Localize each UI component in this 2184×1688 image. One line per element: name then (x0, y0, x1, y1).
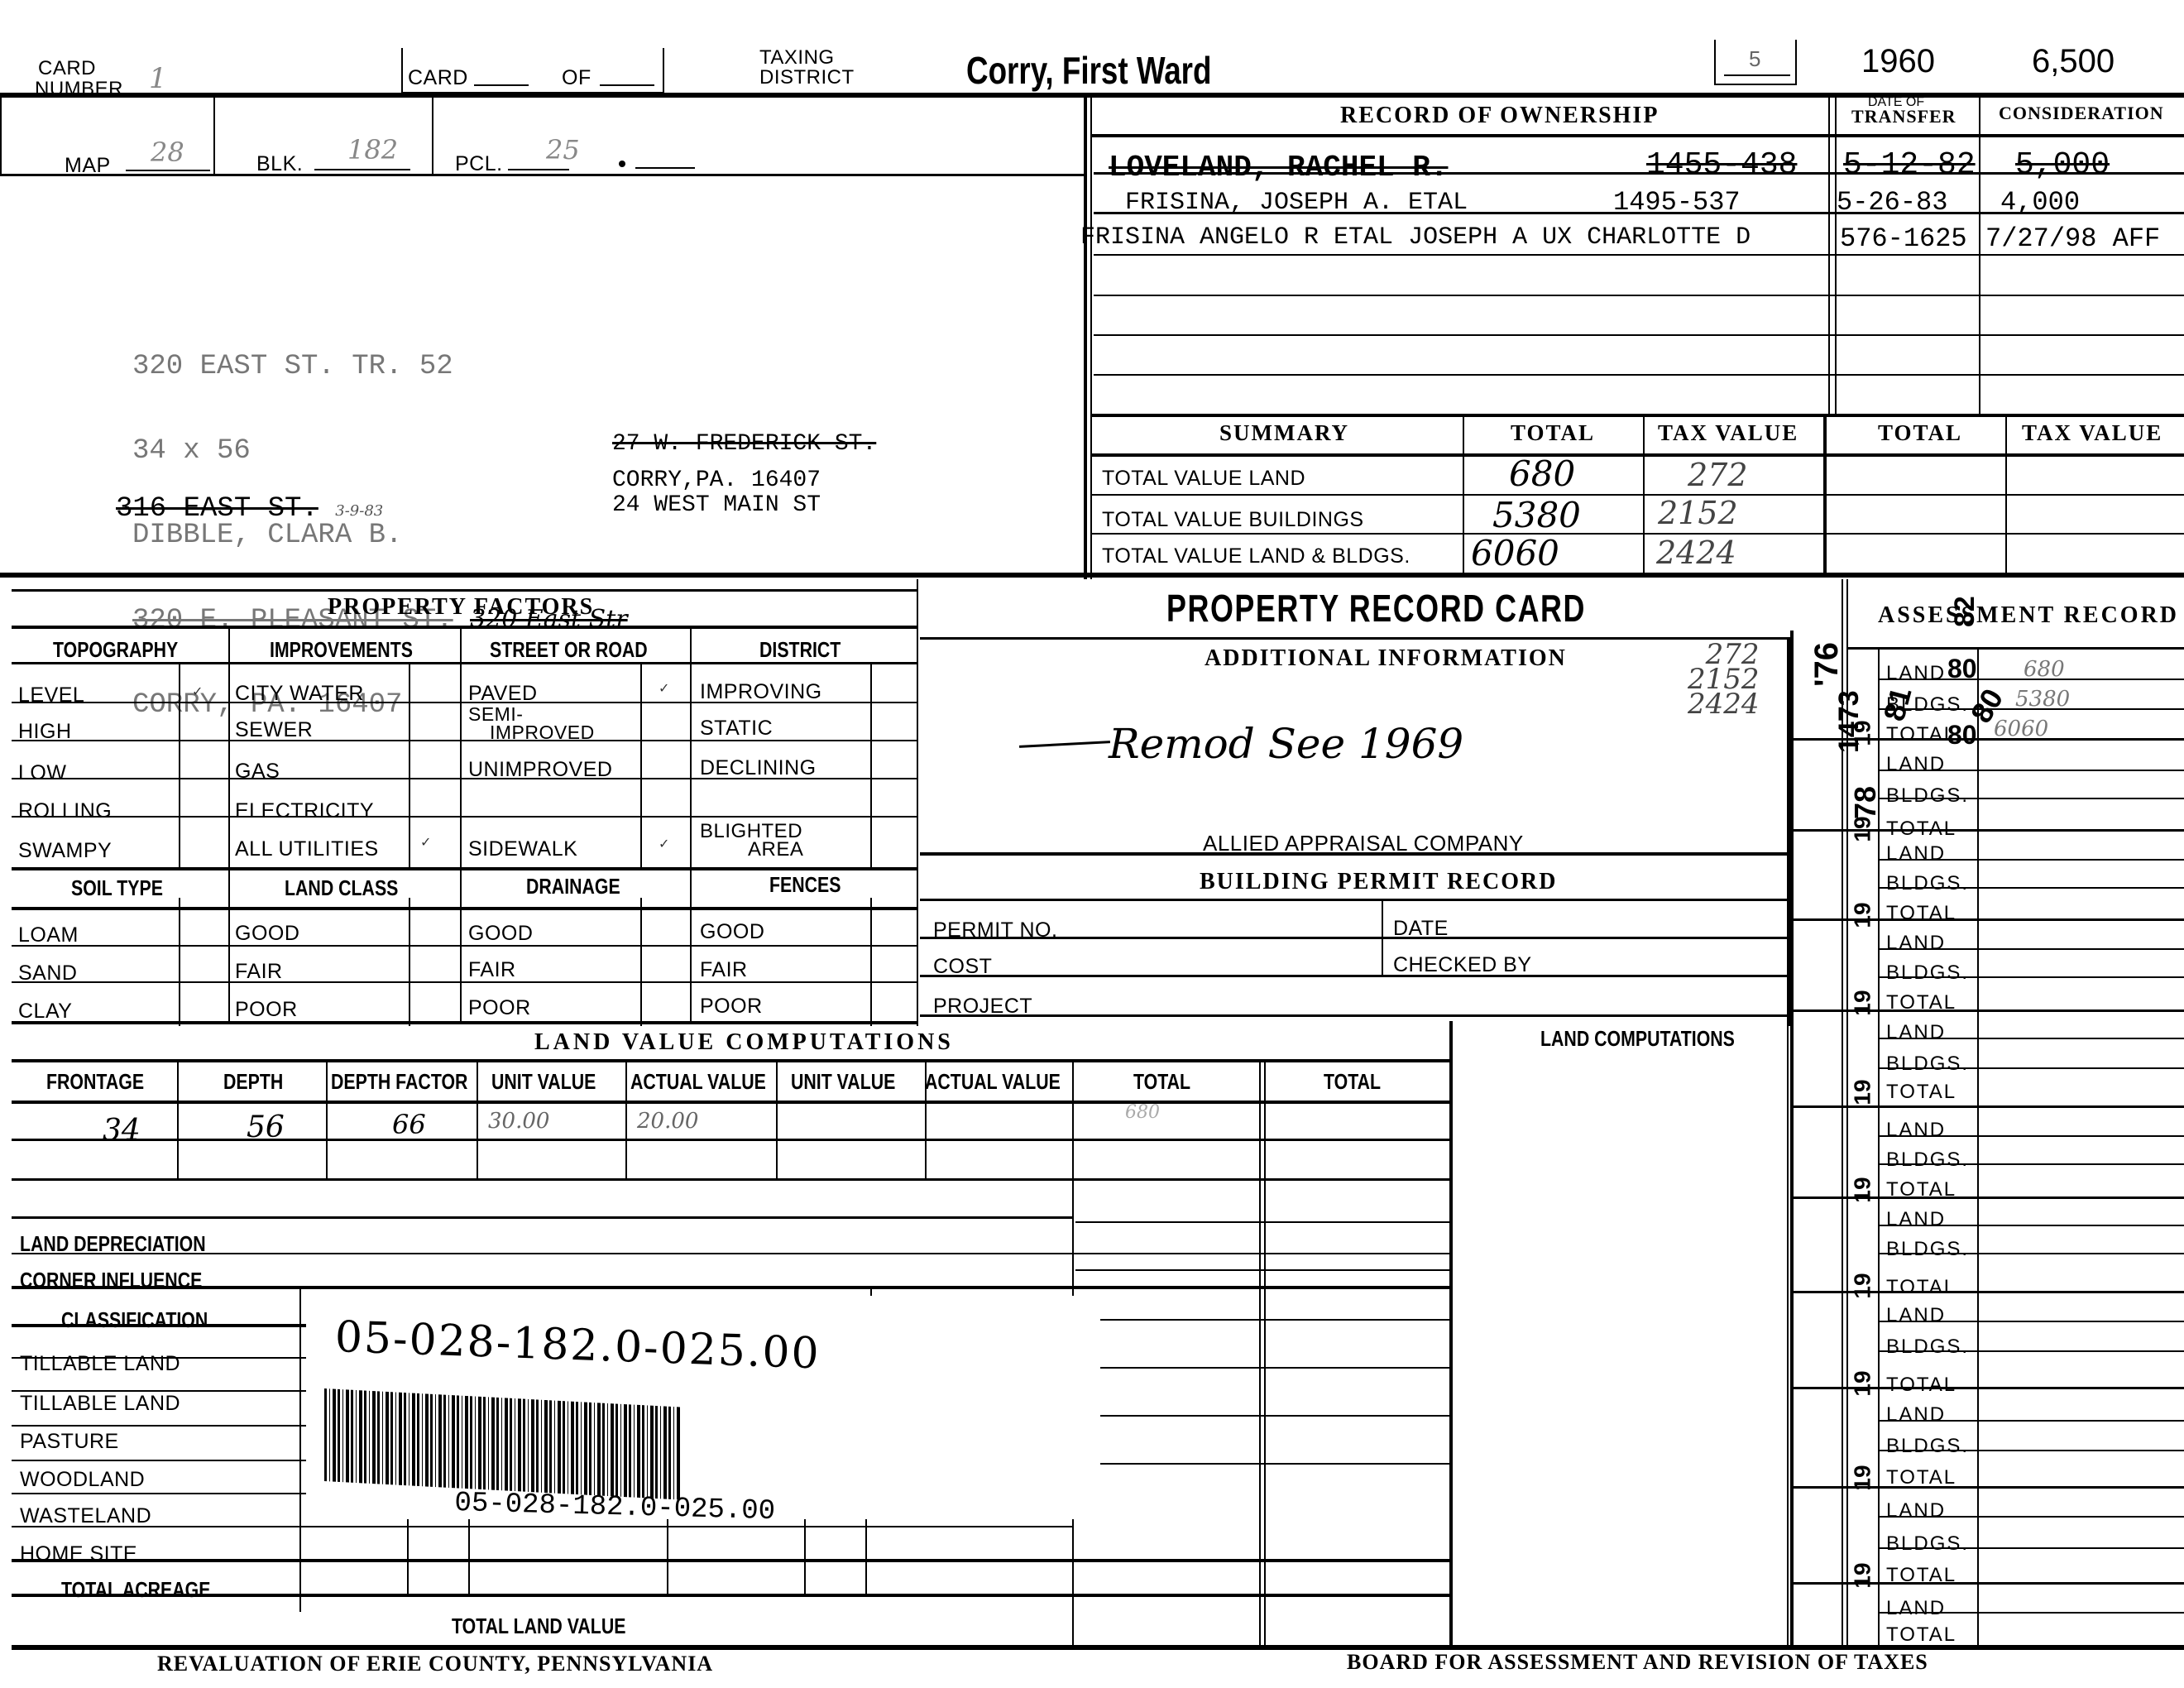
assess-bldgs-label: BLDGS. (1886, 693, 1969, 717)
topography-header: TOPOGRAPHY (53, 637, 178, 663)
assess-bldgs-label: BLDGS. (1886, 872, 1969, 895)
actual-value: 20.00 (637, 1109, 698, 1134)
summary-tax-value-header: TAX VALUE (1658, 420, 1798, 446)
mailing-city: CORRY,PA. 16407 (612, 468, 876, 493)
factor-semi-improved: SEMI-IMPROVED (468, 705, 595, 741)
address-line-2: 34 x 56 (132, 437, 628, 465)
address-line-1: 320 EAST ST. TR. 52 (132, 352, 628, 381)
summary-bldgs-total: 5380 (1492, 495, 1581, 535)
assess-bldgs-label: BLDGS. (1886, 1053, 1969, 1076)
ownership-title: RECORD OF OWNERSHIP (1340, 103, 1659, 129)
footer-right: BOARD FOR ASSESSMENT AND REVISION OF TAX… (1347, 1650, 1928, 1675)
summary-row-total-label: TOTAL VALUE LAND & BLDGS. (1102, 544, 1410, 568)
factor-low: LOW (18, 761, 66, 785)
assess-land-label: LAND (1886, 1499, 1946, 1523)
year-prefix: 19 (1850, 1273, 1876, 1298)
class-woodland: WOODLAND (20, 1468, 145, 1492)
summary-bldgs-tax: 2152 (1658, 495, 1738, 531)
property-factors-title: PROPERTY FACTORS (328, 594, 594, 621)
drainage-good: GOOD (468, 922, 533, 946)
land-computations-title: LAND COMPUTATIONS (1540, 1026, 1735, 1052)
taxing-district-label: TAXING DISTRICT (759, 48, 855, 88)
depth-factor-header: DEPTH FACTOR (331, 1069, 467, 1095)
frontage-header: FRONTAGE (46, 1069, 144, 1095)
factor-static: STATIC (700, 717, 773, 741)
ownership-row-1-consideration: 5,000 (2015, 147, 2110, 183)
drainage-poor: POOR (468, 996, 531, 1020)
total-land-value-label: TOTAL LAND VALUE (452, 1614, 625, 1639)
map-value: 28 (151, 137, 184, 168)
old-address-struck: 316 EAST ST. 3-9-83 (116, 493, 383, 525)
assess-total-label: TOTAL (1886, 1276, 1956, 1299)
classification-header: CLASSIFICATION (61, 1307, 208, 1333)
assess-land-label: LAND (1886, 662, 1946, 685)
total-header-2: TOTAL (1324, 1069, 1381, 1095)
check-icon: ✓ (420, 834, 431, 851)
class-wasteland: WASTELAND (20, 1504, 151, 1528)
depth-header: DEPTH (223, 1069, 283, 1095)
factor-rolling: ROLLING (18, 799, 112, 823)
total-header: TOTAL (1133, 1069, 1190, 1095)
assess-total-label: TOTAL (1886, 1081, 1956, 1104)
frontage-value: 34 (103, 1114, 141, 1148)
summary-total-header: TOTAL (1511, 420, 1595, 446)
assess-bldgs-label: BLDGS. (1886, 1532, 1969, 1556)
ownership-row-3-date: 576-1625 (1840, 223, 1967, 254)
assess-land-label: LAND (1886, 1119, 1946, 1142)
assess-bldgs-label: BLDGS. (1886, 1336, 1969, 1359)
assess-1-bldgs: 5380 (2015, 687, 2070, 712)
land-class-good: GOOD (235, 922, 299, 946)
factor-level: LEVEL (18, 683, 84, 707)
assessment-record-title: ASSESSMENT RECORD (1878, 602, 2179, 629)
stamp-82: 82 (1949, 596, 1981, 627)
street-or-road-header: STREET OR ROAD (490, 637, 648, 663)
pcl-value: 25 (546, 134, 580, 165)
unit-value-header-2: UNIT VALUE (791, 1069, 895, 1095)
year-prefix: 19 (1850, 902, 1876, 928)
summary-grand-total: 6060 (1471, 533, 1559, 573)
consideration-header: CONSIDERATION (1999, 103, 2164, 124)
stamp-1976: '76 (1808, 642, 1846, 687)
summary-total-header-2: TOTAL (1878, 420, 1962, 446)
factor-gas: GAS (235, 760, 280, 784)
check-icon: ✓ (659, 680, 669, 697)
summary-land-total: 680 (1509, 453, 1575, 494)
class-home-site: HOME SITE (20, 1542, 137, 1566)
land-class-header: LAND CLASS (285, 875, 398, 901)
fences-good: GOOD (700, 920, 764, 944)
year-prefix: 19 (1850, 1370, 1876, 1396)
actual-value-header-2: ACTUAL VALUE (925, 1069, 1061, 1095)
assess-bldgs-label: BLDGS. (1886, 784, 1969, 808)
mailing-address: 27 W. FREDERICK ST. CORRY,PA. 16407 24 W… (612, 432, 876, 518)
class-pasture: PASTURE (20, 1430, 119, 1454)
header-year: 1960 (1861, 43, 1935, 80)
land-value-computations-title: LAND VALUE COMPUTATIONS (534, 1029, 954, 1056)
factor-electricity: ELECTRICITY (235, 799, 374, 823)
total-acreage-label: TOTAL ACREAGE (61, 1577, 210, 1603)
assess-total-label: TOTAL (1886, 902, 1956, 925)
unit-value: 30.00 (488, 1109, 549, 1134)
summary-header: SUMMARY (1219, 420, 1349, 446)
handwritten-note: Remod See 1969 (1109, 720, 1463, 768)
year-prefix: 19 (1850, 1079, 1876, 1105)
summary-row-land-label: TOTAL VALUE LAND (1102, 467, 1305, 491)
corner-influence-label: CORNER INFLUENCE (20, 1268, 202, 1293)
card-of-box: CARD OF (401, 48, 664, 94)
district-header: DISTRICT (759, 637, 841, 663)
blk-label: BLK. (256, 152, 303, 176)
assess-land-label: LAND (1886, 1021, 1946, 1044)
assess-total-label: TOTAL (1886, 1374, 1956, 1397)
factor-all-utilities: ALL UTILITIES (235, 837, 379, 861)
assess-land-label: LAND (1886, 1403, 1946, 1427)
class-tillable-land-1: TILLABLE LAND (20, 1352, 180, 1376)
factor-improving: IMPROVING (700, 680, 822, 704)
depth-factor-value: 66 (392, 1109, 426, 1140)
class-tillable-land-2: TILLABLE LAND (20, 1392, 180, 1416)
card-number-value: 1 (149, 62, 167, 95)
barcode-printed-id: 05-028-182.0-025.00 (454, 1488, 776, 1527)
check-icon: ✓ (659, 836, 669, 852)
assess-total-label: TOTAL (1886, 1623, 1956, 1647)
factor-blighted-area: BLIGHTEDAREA (700, 822, 803, 859)
assess-land-label: LAND (1886, 842, 1946, 866)
assess-bldgs-label: BLDGS. (1886, 1435, 1969, 1458)
ownership-row-1-name: LOVELAND, RACHEL R. (1109, 151, 1448, 185)
factor-sewer: SEWER (235, 718, 313, 742)
building-permit-title: BUILDING PERMIT RECORD (1200, 869, 1557, 895)
old-mailing-address: 27 W. FREDERICK ST. (612, 432, 876, 457)
assess-total-label: TOTAL (1886, 723, 1956, 746)
assess-land-label: LAND (1886, 932, 1946, 955)
factor-sidewalk: SIDEWALK (468, 837, 577, 861)
drainage-fair: FAIR (468, 958, 516, 982)
date-of-transfer-header: TRANSFER (1851, 106, 1956, 127)
assess-bldgs-label: BLDGS. (1886, 961, 1969, 985)
land-class-poor: POOR (235, 998, 298, 1022)
fences-poor: POOR (700, 995, 763, 1019)
margin-numbers: 272 2152 2424 (1688, 642, 1760, 717)
barcode-label: 05-028-182.0-025.00 05-028-182.0-025.00 (306, 1296, 1100, 1519)
improvements-header: IMPROVEMENTS (270, 637, 413, 663)
district-code-box: 5 (1714, 40, 1797, 85)
soil-loam: LOAM (18, 923, 79, 947)
property-record-card-title: PROPERTY RECORD CARD (1166, 586, 1586, 631)
header-amount: 6,500 (2032, 43, 2115, 80)
owner-name: DIBBLE, CLARA B. (132, 521, 628, 549)
check-icon: ✓ (192, 683, 203, 700)
summary-row-bldgs-label: TOTAL VALUE BUILDINGS (1102, 508, 1364, 532)
stamp-78: 78 (1848, 786, 1883, 819)
summary-land-tax: 272 (1688, 457, 1748, 493)
pcl-label: PCL. (455, 152, 503, 176)
soil-type-header: SOIL TYPE (71, 875, 163, 901)
barcode-icon (324, 1388, 680, 1500)
summary-grand-tax: 2424 (1656, 535, 1736, 571)
blk-value: 182 (347, 134, 398, 165)
factor-swampy: SWAMPY (18, 839, 112, 863)
mailing-street: 24 WEST MAIN ST (612, 493, 876, 518)
year-prefix: 19 (1850, 720, 1876, 746)
fences-fair: FAIR (700, 958, 748, 982)
assess-land-label: LAND (1886, 1208, 1946, 1231)
summary-tax-value-header-2: TAX VALUE (2022, 420, 2162, 446)
assess-land-label: LAND (1886, 1597, 1946, 1620)
total-value: 680 (1125, 1102, 1160, 1123)
permit-checked-by-label: CHECKED BY (1393, 953, 1532, 977)
barcode-handwritten-id: 05-028-182.0-025.00 (334, 1312, 821, 1379)
additional-info-title: ADDITIONAL INFORMATION (1205, 645, 1567, 672)
assess-land-label: LAND (1886, 1304, 1946, 1327)
unit-value-header: UNIT VALUE (491, 1069, 596, 1095)
ownership-row-1-date: 5-12-82 (1843, 147, 1976, 183)
land-class-fair: FAIR (235, 960, 283, 984)
assess-bldgs-label: BLDGS. (1886, 1149, 1969, 1172)
footer-left: REVALUATION OF ERIE COUNTY, PENNSYLVANIA (157, 1652, 713, 1676)
fences-header: FENCES (769, 872, 841, 898)
drainage-header: DRAINAGE (526, 874, 620, 899)
assess-land-label: LAND (1886, 753, 1946, 776)
assess-bldgs-label: BLDGS. (1886, 1238, 1969, 1261)
ownership-row-1-deed: 1455-438 (1646, 147, 1797, 183)
ownership-row-3-consideration: 7/27/98 AFF (1985, 223, 2160, 254)
assess-1-land: 680 (2024, 657, 2065, 682)
factor-declining: DECLINING (700, 756, 817, 780)
actual-value-header: ACTUAL VALUE (630, 1069, 766, 1095)
ownership-row-3-name: FRISINA ANGELO R ETAL JOSEPH A UX CHARLO… (1080, 223, 1751, 252)
soil-clay: CLAY (18, 1000, 72, 1024)
taxing-district-value: Corry, First Ward (966, 48, 1211, 93)
